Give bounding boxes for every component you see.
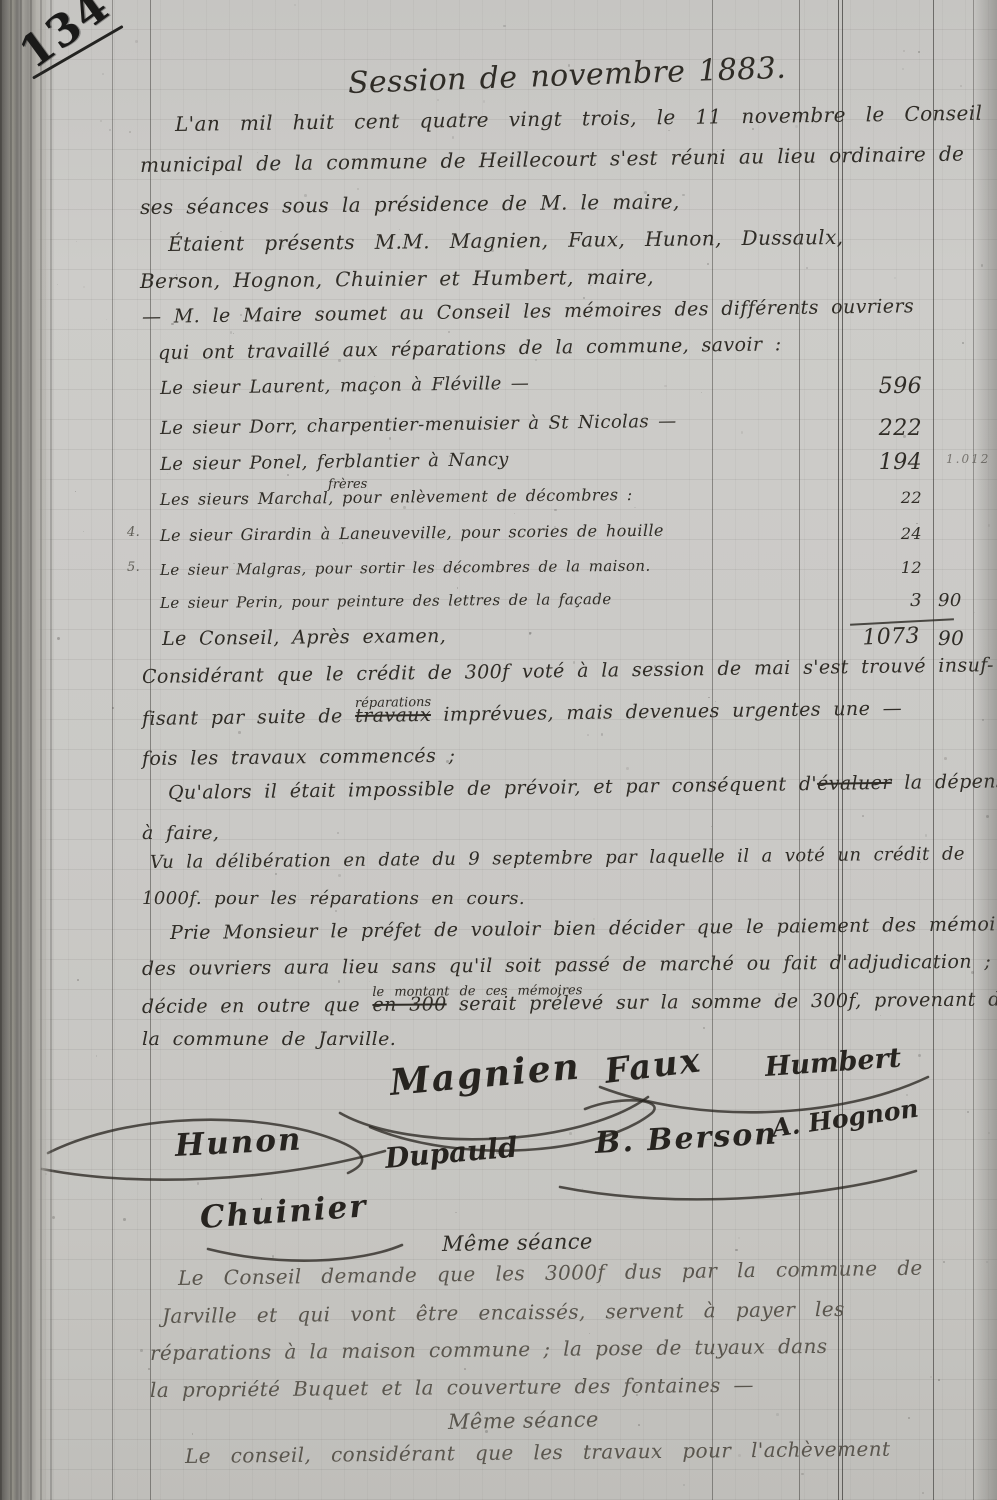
- struck-word: évaluer: [817, 772, 892, 795]
- opening-line-2: municipal de la commune de Heillecourt s…: [140, 141, 965, 177]
- signature-chuinier: Chuinier: [199, 1188, 369, 1236]
- signature-magnien: Magnien: [388, 1045, 582, 1104]
- margin-marker-4: 4.: [127, 525, 140, 540]
- text-segment: imprévues, mais devenues urgentes une —: [431, 697, 902, 726]
- margin-pencil-note: 1.012: [946, 452, 990, 466]
- page-right-edge-shadow: [973, 0, 997, 1500]
- prie-line-2: des ouvriers aura lieu sans qu'il soit p…: [142, 951, 991, 980]
- ledger-row-laurent: Le sieur Laurent, maçon à Fléville —: [160, 373, 530, 399]
- total-francs: 1073: [848, 623, 921, 650]
- submission-line-1: — M. le Maire soumet au Conseil les mémo…: [142, 295, 914, 328]
- stamp-page-number: 134: [10, 0, 119, 79]
- row-text: Le sieur Girardin à Laneuveville, pour s…: [160, 521, 664, 545]
- row-text: Le sieur Malgras, pour sortir les décomb…: [160, 557, 651, 579]
- prie-line-3: décide en outre que le montant de ces mé…: [142, 988, 997, 1018]
- ledger-row-malgras: Le sieur Malgras, pour sortir les décomb…: [160, 557, 651, 579]
- prie-line-1: Prie Monsieur le préfet de vouloir bien …: [170, 913, 997, 944]
- amount-francs-perin: 3: [850, 590, 922, 611]
- book-binding-edge: [0, 0, 54, 1500]
- amount-francs-girardin: 24: [850, 524, 922, 543]
- flourish-berson-underline: [560, 1171, 916, 1199]
- submission-line-2: qui ont travaillé aux réparations de la …: [158, 333, 782, 364]
- row-text: Le sieur Dorr, charpentier-menuisier à S…: [160, 411, 677, 439]
- page-number: 134: [10, 0, 119, 79]
- qualors-line-2: à faire,: [142, 822, 219, 844]
- row-text-cont: , pour enlèvement de décombres :: [328, 485, 633, 507]
- meme-seance-heading-1: Même séance: [442, 1229, 593, 1256]
- ledger-row-dorr: Le sieur Dorr, charpentier-menuisier à S…: [160, 411, 677, 439]
- signature-faux: Faux: [603, 1040, 704, 1092]
- amount-francs-marchal: 22: [850, 488, 922, 507]
- text-segment: la dépense —: [892, 770, 997, 794]
- considerant-line-1: Considérant que le crédit de 300f voté à…: [142, 654, 994, 688]
- opening-line-1: L'an mil huit cent quatre vingt trois, l…: [175, 101, 983, 136]
- column-rule-4: [973, 0, 974, 1500]
- ledger-row-perin: Le sieur Perin, pour peinture des lettre…: [160, 590, 612, 612]
- signature-hunon: Hunon: [174, 1121, 303, 1164]
- jarville-line-2: Jarville et qui vont être encaissés, ser…: [162, 1297, 845, 1328]
- text-segment: fisant par suite de: [142, 705, 355, 730]
- text-segment: décide en outre que: [142, 994, 373, 1018]
- column-rule-3: [933, 0, 934, 1500]
- session-title: Session de novembre 1883.: [347, 51, 786, 101]
- jarville-line-4: la propriété Buquet et la couverture des…: [150, 1373, 754, 1402]
- ledger-row-marchal: Les sieurs Marchalfrères, pour enlèvemen…: [160, 485, 633, 509]
- after-examination-line: Le Conseil, Après examen,: [162, 625, 446, 650]
- signature-dupauld: Dupauld: [384, 1130, 519, 1174]
- attendance-line-2: Berson, Hognon, Chuinier et Humbert, mai…: [140, 265, 654, 293]
- ledger-row-ponel: Le sieur Ponel, ferblantier à Nancy: [160, 449, 509, 475]
- opening-line-3: ses séances sous la présidence de M. le …: [140, 189, 680, 219]
- register-page-scan: 134 Session de novembre 1883. L'an mil h…: [0, 0, 997, 1500]
- attendance-line-1: Étaient présents M.M. Magnien, Faux, Hun…: [168, 225, 844, 256]
- vu-line-2: 1000f. pour les réparations en cours.: [142, 888, 525, 909]
- row-text: Le sieur Perin, pour peinture des lettre…: [160, 590, 612, 612]
- signature-berson: B. Berson: [594, 1116, 779, 1161]
- amount-centimes-perin: 90: [938, 590, 962, 611]
- row-text: Les sieurs Marchal: [160, 488, 328, 509]
- considerant-line-3: fois les travaux commencés ;: [142, 745, 456, 770]
- total-centimes: 90: [938, 626, 964, 650]
- amount-francs-ponel: 194: [850, 450, 922, 475]
- prie-line-4: la commune de Jarville.: [142, 1028, 396, 1050]
- text-segment: Qu'alors il était impossible de prévoir,…: [168, 773, 817, 804]
- signature-humbert: Humbert: [764, 1043, 902, 1083]
- row-text: Le sieur Ponel, ferblantier à Nancy: [160, 449, 509, 475]
- considerant-line-2: fisant par suite de réparationstravaux i…: [142, 697, 902, 730]
- closing-line-1: Le conseil, considérant que les travaux …: [185, 1437, 891, 1468]
- margin-marker-5: 5.: [127, 560, 140, 575]
- row-text: Le sieur Laurent, maçon à Fléville —: [160, 373, 530, 399]
- qualors-line-1: Qu'alors il était impossible de prévoir,…: [168, 770, 997, 804]
- meme-seance-heading-2: Même séance: [448, 1407, 599, 1434]
- amount-francs-laurent: 596: [850, 374, 922, 399]
- vu-line-1: Vu la délibération en date du 9 septembr…: [150, 843, 965, 873]
- ledger-row-girardin: Le sieur Girardin à Laneuveville, pour s…: [160, 521, 664, 545]
- amount-francs-dorr: 222: [850, 416, 922, 441]
- signature-hognon: A. Hognon: [770, 1094, 920, 1143]
- jarville-line-1: Le Conseil demande que les 3000f dus par…: [178, 1256, 923, 1290]
- amount-francs-malgras: 12: [850, 558, 922, 577]
- margin-rule-left-1: [112, 0, 113, 1500]
- jarville-line-3: réparations à la maison commune ; la pos…: [150, 1334, 828, 1365]
- flourish-chuinier-underline: [208, 1245, 402, 1261]
